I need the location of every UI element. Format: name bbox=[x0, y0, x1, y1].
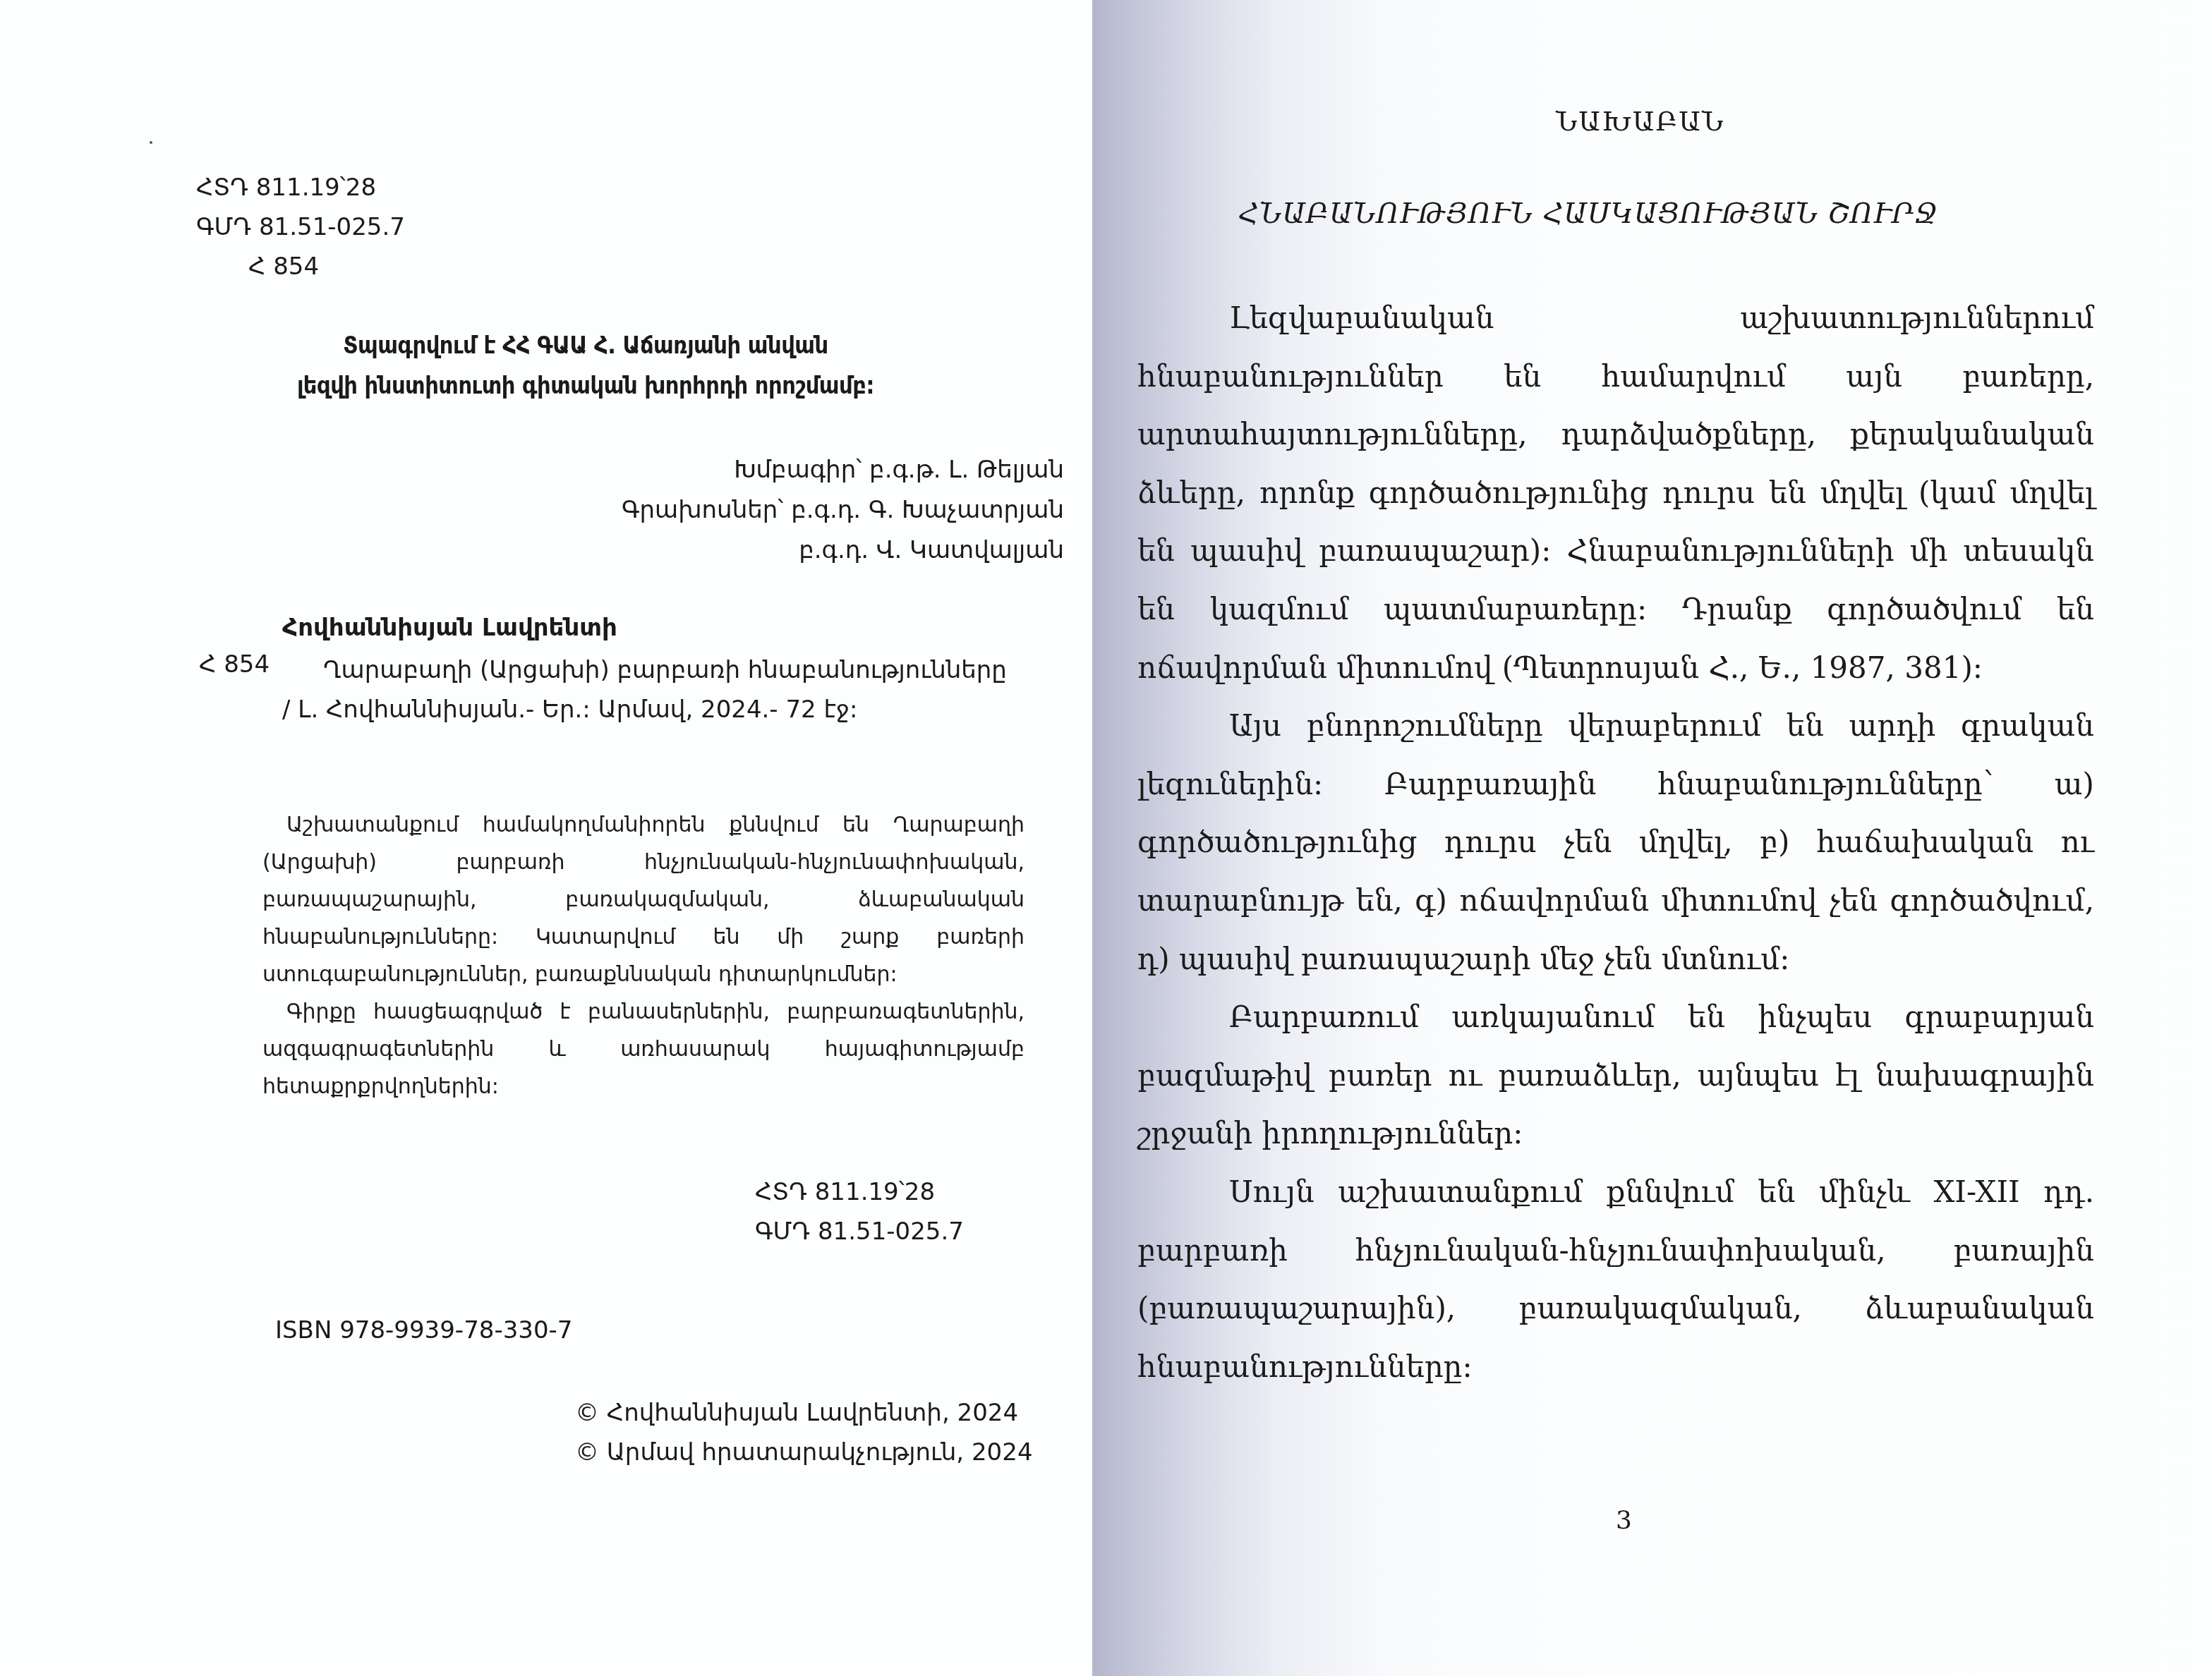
bib-author-heading: Հովհաննիսյան Լավրենտի bbox=[282, 614, 617, 642]
copyright-block: © Հովհաննիսյան Լավրենտի, 2024 © Արմավ հր… bbox=[575, 1393, 1033, 1472]
chapter-title: ՆԱԽԱԲԱՆ bbox=[1556, 106, 1724, 137]
bib-title-line-2: / Լ. Հովհաննիսյան.- Եր.: Արմավ, 2024.- 7… bbox=[282, 690, 1067, 729]
copyright-author: © Հովհաննիսյան Լավրենտի, 2024 bbox=[575, 1393, 1033, 1433]
approval-statement: Տպագրվում է ՀՀ ԳԱԱ Հ. Աճառյանի անվան լեզ… bbox=[212, 326, 960, 406]
body-paragraph: Բարբառում առկայանում են ինչպես գրաբարյան… bbox=[1137, 988, 2094, 1163]
reviewer-line-2: բ.գ.դ. Վ. Կատվալյան bbox=[494, 530, 1064, 571]
speck-mark bbox=[150, 141, 152, 144]
index-codes-top: ՀՏԴ 811.19՝28 ԳՄԴ 81.51-025.7 Հ 854 bbox=[196, 168, 405, 286]
abstract-paragraph: Գիրքը հասցեագրված է բանասերներին, բարբառ… bbox=[262, 993, 1025, 1105]
abstract-paragraph: Աշխատանքում համակողմանիորեն քննվում են Ղ… bbox=[262, 806, 1025, 993]
body-paragraph: Սույն աշխատանքում քննվում են մինչև XI-XI… bbox=[1137, 1163, 2094, 1396]
preface-body: Լեզվաբանական աշխատություններում հնաբանու… bbox=[1137, 289, 2094, 1396]
author-mark: Հ 854 bbox=[196, 247, 405, 286]
copyright-publisher: © Արմավ հրատարակչություն, 2024 bbox=[575, 1433, 1033, 1472]
udc-code: ՀՏԴ 811.19՝28 bbox=[196, 168, 405, 207]
abstract: Աշխատանքում համակողմանիորեն քննվում են Ղ… bbox=[262, 806, 1025, 1105]
body-paragraph: Լեզվաբանական աշխատություններում հնաբանու… bbox=[1137, 289, 2094, 697]
left-page-copyright: ՀՏԴ 811.19՝28 ԳՄԴ 81.51-025.7 Հ 854 Տպագ… bbox=[0, 0, 1092, 1676]
section-title: ՀՆԱԲԱՆՈՒԹՅՈՒՆ ՀԱՍԿԱՑՈՒԹՅԱՆ ՇՈՒՐՋ bbox=[1238, 198, 1938, 230]
isbn: ISBN 978-9939-78-330-7 bbox=[275, 1316, 572, 1344]
bib-title-line-1: Ղարաբաղի (Արցախի) բարբառի հնաբանությունն… bbox=[298, 650, 1067, 690]
index-codes-bottom: ՀՏԴ 811.19՝28 ԳՄԴ 81.51-025.7 bbox=[755, 1172, 964, 1251]
udc-code: ՀՏԴ 811.19՝28 bbox=[755, 1172, 964, 1212]
page-number: 3 bbox=[1616, 1506, 1632, 1535]
approval-line-1: Տպագրվում է ՀՀ ԳԱԱ Հ. Աճառյանի անվան bbox=[212, 326, 960, 366]
reviewers-line: Գրախոսներ՝ բ.գ.դ. Գ. Խաչատրյան bbox=[494, 490, 1064, 530]
editors-block: Խմբագիր՝ բ.գ.թ. Լ. Թելյան Գրախոսներ՝ բ.գ… bbox=[494, 450, 1064, 571]
lbc-code: ԳՄԴ 81.51-025.7 bbox=[196, 207, 405, 247]
approval-line-2: լեզվի ինստիտուտի գիտական խորհրդի որոշմամ… bbox=[212, 366, 960, 406]
lbc-code: ԳՄԴ 81.51-025.7 bbox=[755, 1212, 964, 1251]
body-paragraph: Այս բնորոշումները վերաբերում են արդի գրա… bbox=[1137, 697, 2094, 988]
editor-line: Խմբագիր՝ բ.գ.թ. Լ. Թելյան bbox=[494, 450, 1064, 490]
bib-author-mark: Հ 854 bbox=[199, 650, 270, 679]
bib-title: Ղարաբաղի (Արցախի) բարբառի հնաբանությունն… bbox=[298, 650, 1067, 729]
